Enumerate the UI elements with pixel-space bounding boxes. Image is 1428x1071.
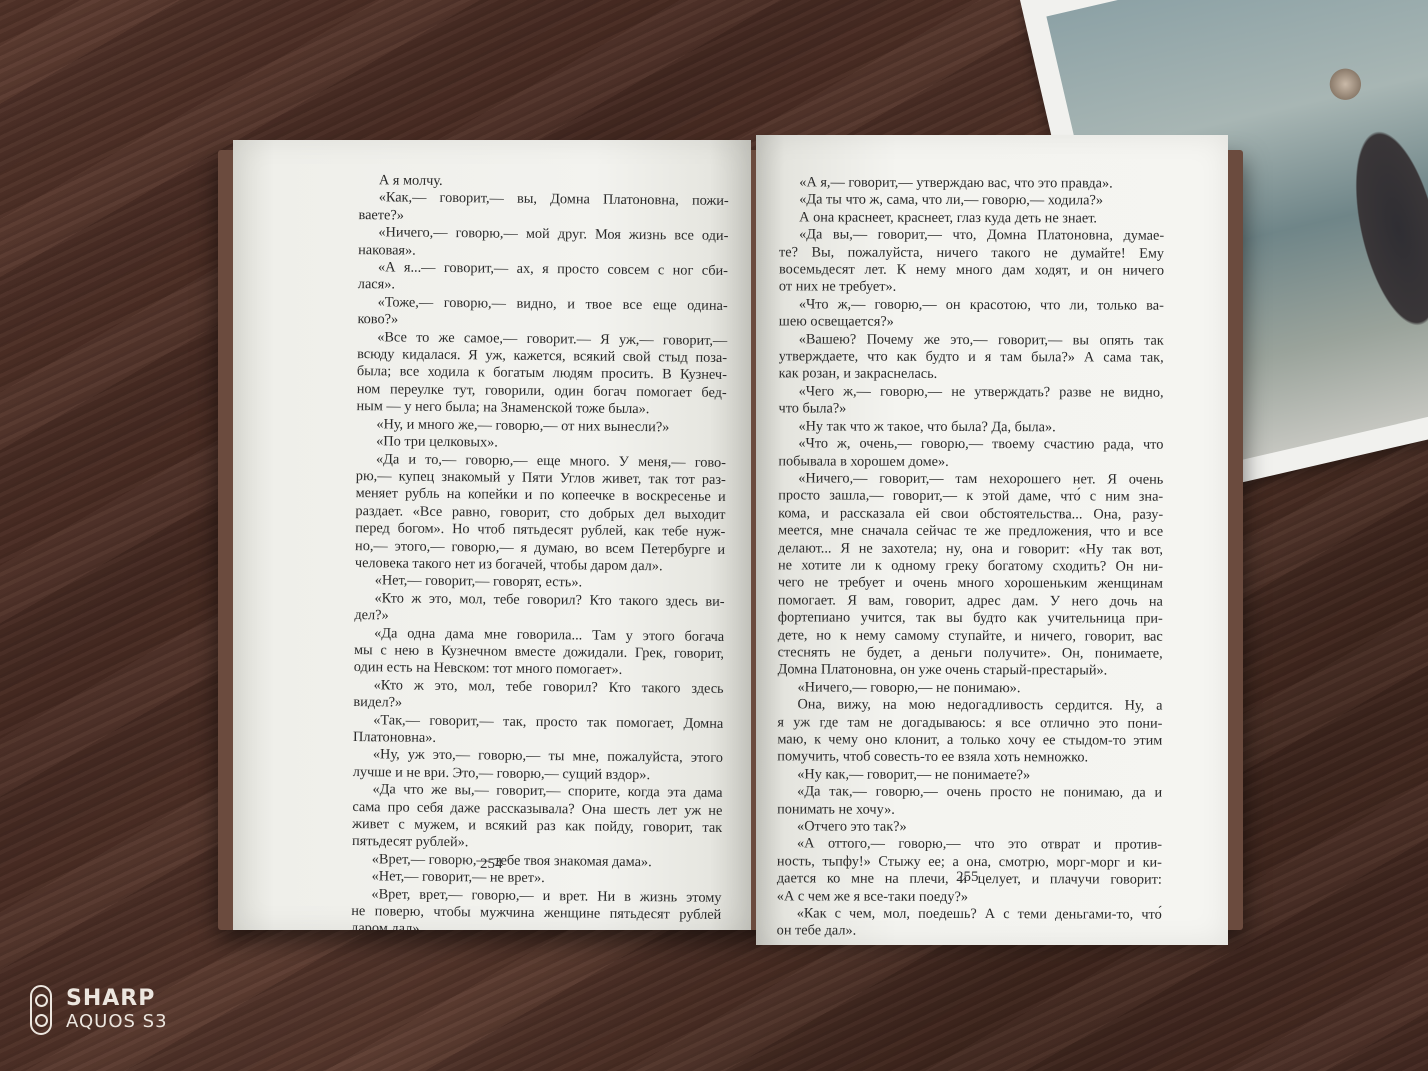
text-line: «Да так,— говорю,— очень просто не поним… [777,784,1162,803]
text-line: Она, вижу, на мою недогадливость сердитс… [777,697,1162,716]
text-line: чего не требует и очень много хорошеньки… [778,575,1163,594]
text-line: дете, но к нему самому ступайте, и ничег… [778,627,1163,646]
text-line: те? Вы, пожалуйста, ничего такого не дум… [779,244,1164,263]
left-page-text: А я молчу.«Как,— говорит,— вы, Домна Пла… [351,172,729,930]
text-line: «Что ж,— говорю,— он красотою, что ли, т… [779,296,1164,315]
left-page-number: 254 [480,856,503,873]
text-line: стеснять не будет, а деньги получите». О… [778,644,1163,663]
text-line: помогает. Я вам, говорит, адрес дам. У н… [778,592,1163,611]
text-line: «Отчего это так?» [777,818,1162,837]
text-line: «Чего ж,— говорю,— не утверждать? разве … [779,383,1164,402]
text-line: А она краснеет, краснеет, глаз куда деть… [779,209,1164,228]
text-line: «Ничего,— говорю,— не понимаю». [778,679,1163,698]
text-line: делают... Я не захотела; ну, она и говор… [778,540,1163,559]
watermark-brand: SHARP [66,987,168,1011]
watermark-model: AQUOS S3 [66,1011,168,1033]
right-page: «А я,— говорит,— утверждаю вас, что это … [756,135,1228,945]
text-line: кома, и рассказала ей свои обстоятельств… [778,505,1163,524]
text-line: просто зашла,— говорит,— к этой даме, чт… [778,488,1163,507]
text-line: что была?» [778,401,1163,420]
left-page: А я молчу.«Как,— говорит,— вы, Домна Пла… [233,140,751,930]
text-line: «Ну так что ж такое, что была? Да, была»… [778,418,1163,437]
text-line: «Что ж, очень,— говорю,— твоему счастию … [778,435,1163,454]
text-line: Домна Платоновна, он уже очень старый-пр… [778,662,1163,681]
camera-watermark: SHARP AQUOS S3 [30,985,168,1035]
text-line: «А я,— говорит,— утверждаю вас, что это … [779,174,1164,193]
text-line: «А оттого,— говорю,— что это отврат и пр… [777,836,1162,855]
text-line: шею освещается?» [779,314,1164,333]
text-line: фортепиано учится, так вы будто как учит… [778,609,1163,628]
text-line: понимать не хочу». [777,801,1162,820]
text-line: маю, к чему оно клонит, а только хочу ее… [777,731,1162,750]
text-line: я уж где там не догадываюсь: я все отлич… [777,714,1162,733]
dual-camera-icon [30,985,52,1035]
right-page-text: «А я,— говорит,— утверждаю вас, что это … [777,174,1165,941]
text-line: меется, мне сначала сейчас те же предлож… [778,522,1163,541]
text-line: «Да ты что ж, сама, что ли,— говорю,— хо… [779,192,1164,211]
text-line: утверждаете, что как будто и я там была?… [779,348,1164,367]
text-line: «Да вы,— говорит,— что, Домна Платоновна… [779,227,1164,246]
text-line: как розан, и закраснелась. [779,366,1164,385]
text-line: от них не требует». [779,279,1164,298]
text-line: «Вашею? Почему же это,— говорит,— вы опя… [779,331,1164,350]
text-line: помучить, чтоб совесть-то ее взяла хоть … [777,749,1162,768]
text-line: не хотите ли к одному греку богатому схо… [778,557,1163,576]
text-line: побывала в хорошем доме». [778,453,1163,472]
text-line: «Ну как,— говорит,— не понимаете?» [777,766,1162,785]
text-line: «А с чем же я все-таки поеду?» [777,888,1162,907]
right-page-number: 255 [956,869,979,886]
text-line: он тебе дал». [777,923,1162,942]
text-line: «Как с чем, мол, поедешь? А с теми деньг… [777,905,1162,924]
text-line: «Ничего,— говорит,— там нехорошего нет. … [778,470,1163,489]
text-line: восемьдесят лет. К нему много дам ходят,… [779,261,1164,280]
